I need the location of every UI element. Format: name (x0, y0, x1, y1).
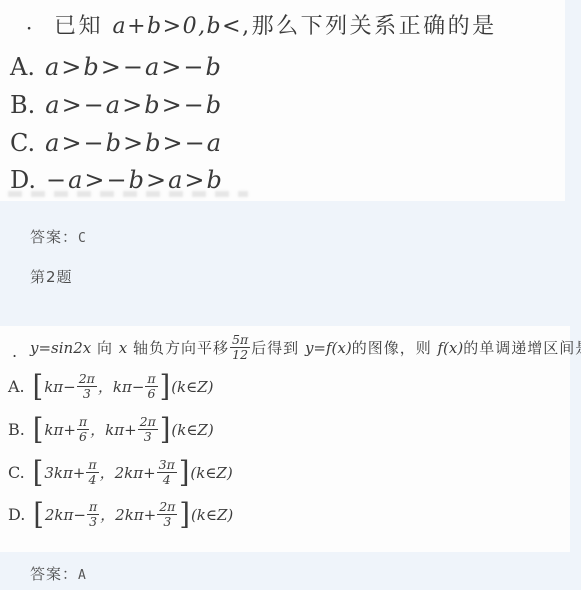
answer1-row: 答案：C (30, 226, 87, 247)
answer-value: A (78, 568, 87, 583)
option-math: [kπ−2π3，kπ−π6](k∈Z) (32, 372, 214, 402)
question1-option-c: C.a>−b>b>−a (10, 129, 223, 157)
question2-heading: 第2题 (30, 266, 73, 287)
answer2-row: 答案：A (30, 563, 87, 584)
quiz-page: ． 已知 a+b>0,b<,那么下列关系正确的是 A.a>b>−a>−b B.a… (0, 0, 581, 590)
option-math: [3kπ+π4，2kπ+3π4](k∈Z) (32, 458, 233, 488)
question1-option-a: A.a>b>−a>−b (10, 53, 223, 81)
option-math: [2kπ−π3，2kπ+2π3](k∈Z) (32, 500, 233, 530)
answer-label: 答案： (30, 228, 78, 246)
option-math: a>−b>b>−a (45, 129, 223, 157)
question2-text: y=sin2x 向 x 轴负方向平移5π12后得到 y=f(x)的图像，则 f(… (30, 333, 581, 363)
option-math: −a>−b>a>b (46, 166, 224, 194)
question1-card: ． 已知 a+b>0,b<,那么下列关系正确的是 A.a>b>−a>−b B.a… (0, 0, 565, 201)
answer-value: C (78, 231, 87, 246)
question2-option-d: D.[2kπ−π3，2kπ+2π3](k∈Z) (8, 500, 233, 530)
question2-number-dot: . (12, 342, 17, 361)
question1-number-dot: ． (26, 6, 46, 35)
question2-option-b: B.[kπ+π6，kπ+2π3](k∈Z) (8, 415, 214, 445)
option-label: C. (10, 129, 35, 157)
question2-option-a: A.[kπ−2π3，kπ−π6](k∈Z) (8, 372, 214, 402)
option-label: B. (10, 91, 35, 119)
option-label: A. (8, 377, 25, 396)
question2-card: . y=sin2x 向 x 轴负方向平移5π12后得到 y=f(x)的图像，则 … (0, 326, 570, 552)
option-label: D. (8, 505, 25, 524)
option-math: [kπ+π6，kπ+2π3](k∈Z) (32, 415, 214, 445)
option-math: a>−a>b>−b (45, 91, 223, 119)
option-math: a>b>−a>−b (45, 53, 223, 81)
option-label: C. (8, 463, 25, 482)
answer-label: 答案： (30, 565, 78, 583)
question1-option-b: B.a>−a>b>−b (10, 91, 223, 119)
option-label: A. (10, 53, 35, 81)
question1-text: 已知 a+b>0,b<,那么下列关系正确的是 (54, 9, 497, 40)
option-label: B. (8, 420, 25, 439)
question2-option-c: C.[3kπ+π4，2kπ+3π4](k∈Z) (8, 458, 233, 488)
option-label: D. (10, 166, 36, 194)
scan-artifact (8, 191, 248, 197)
question1-option-d: D.−a>−b>a>b (10, 166, 224, 194)
